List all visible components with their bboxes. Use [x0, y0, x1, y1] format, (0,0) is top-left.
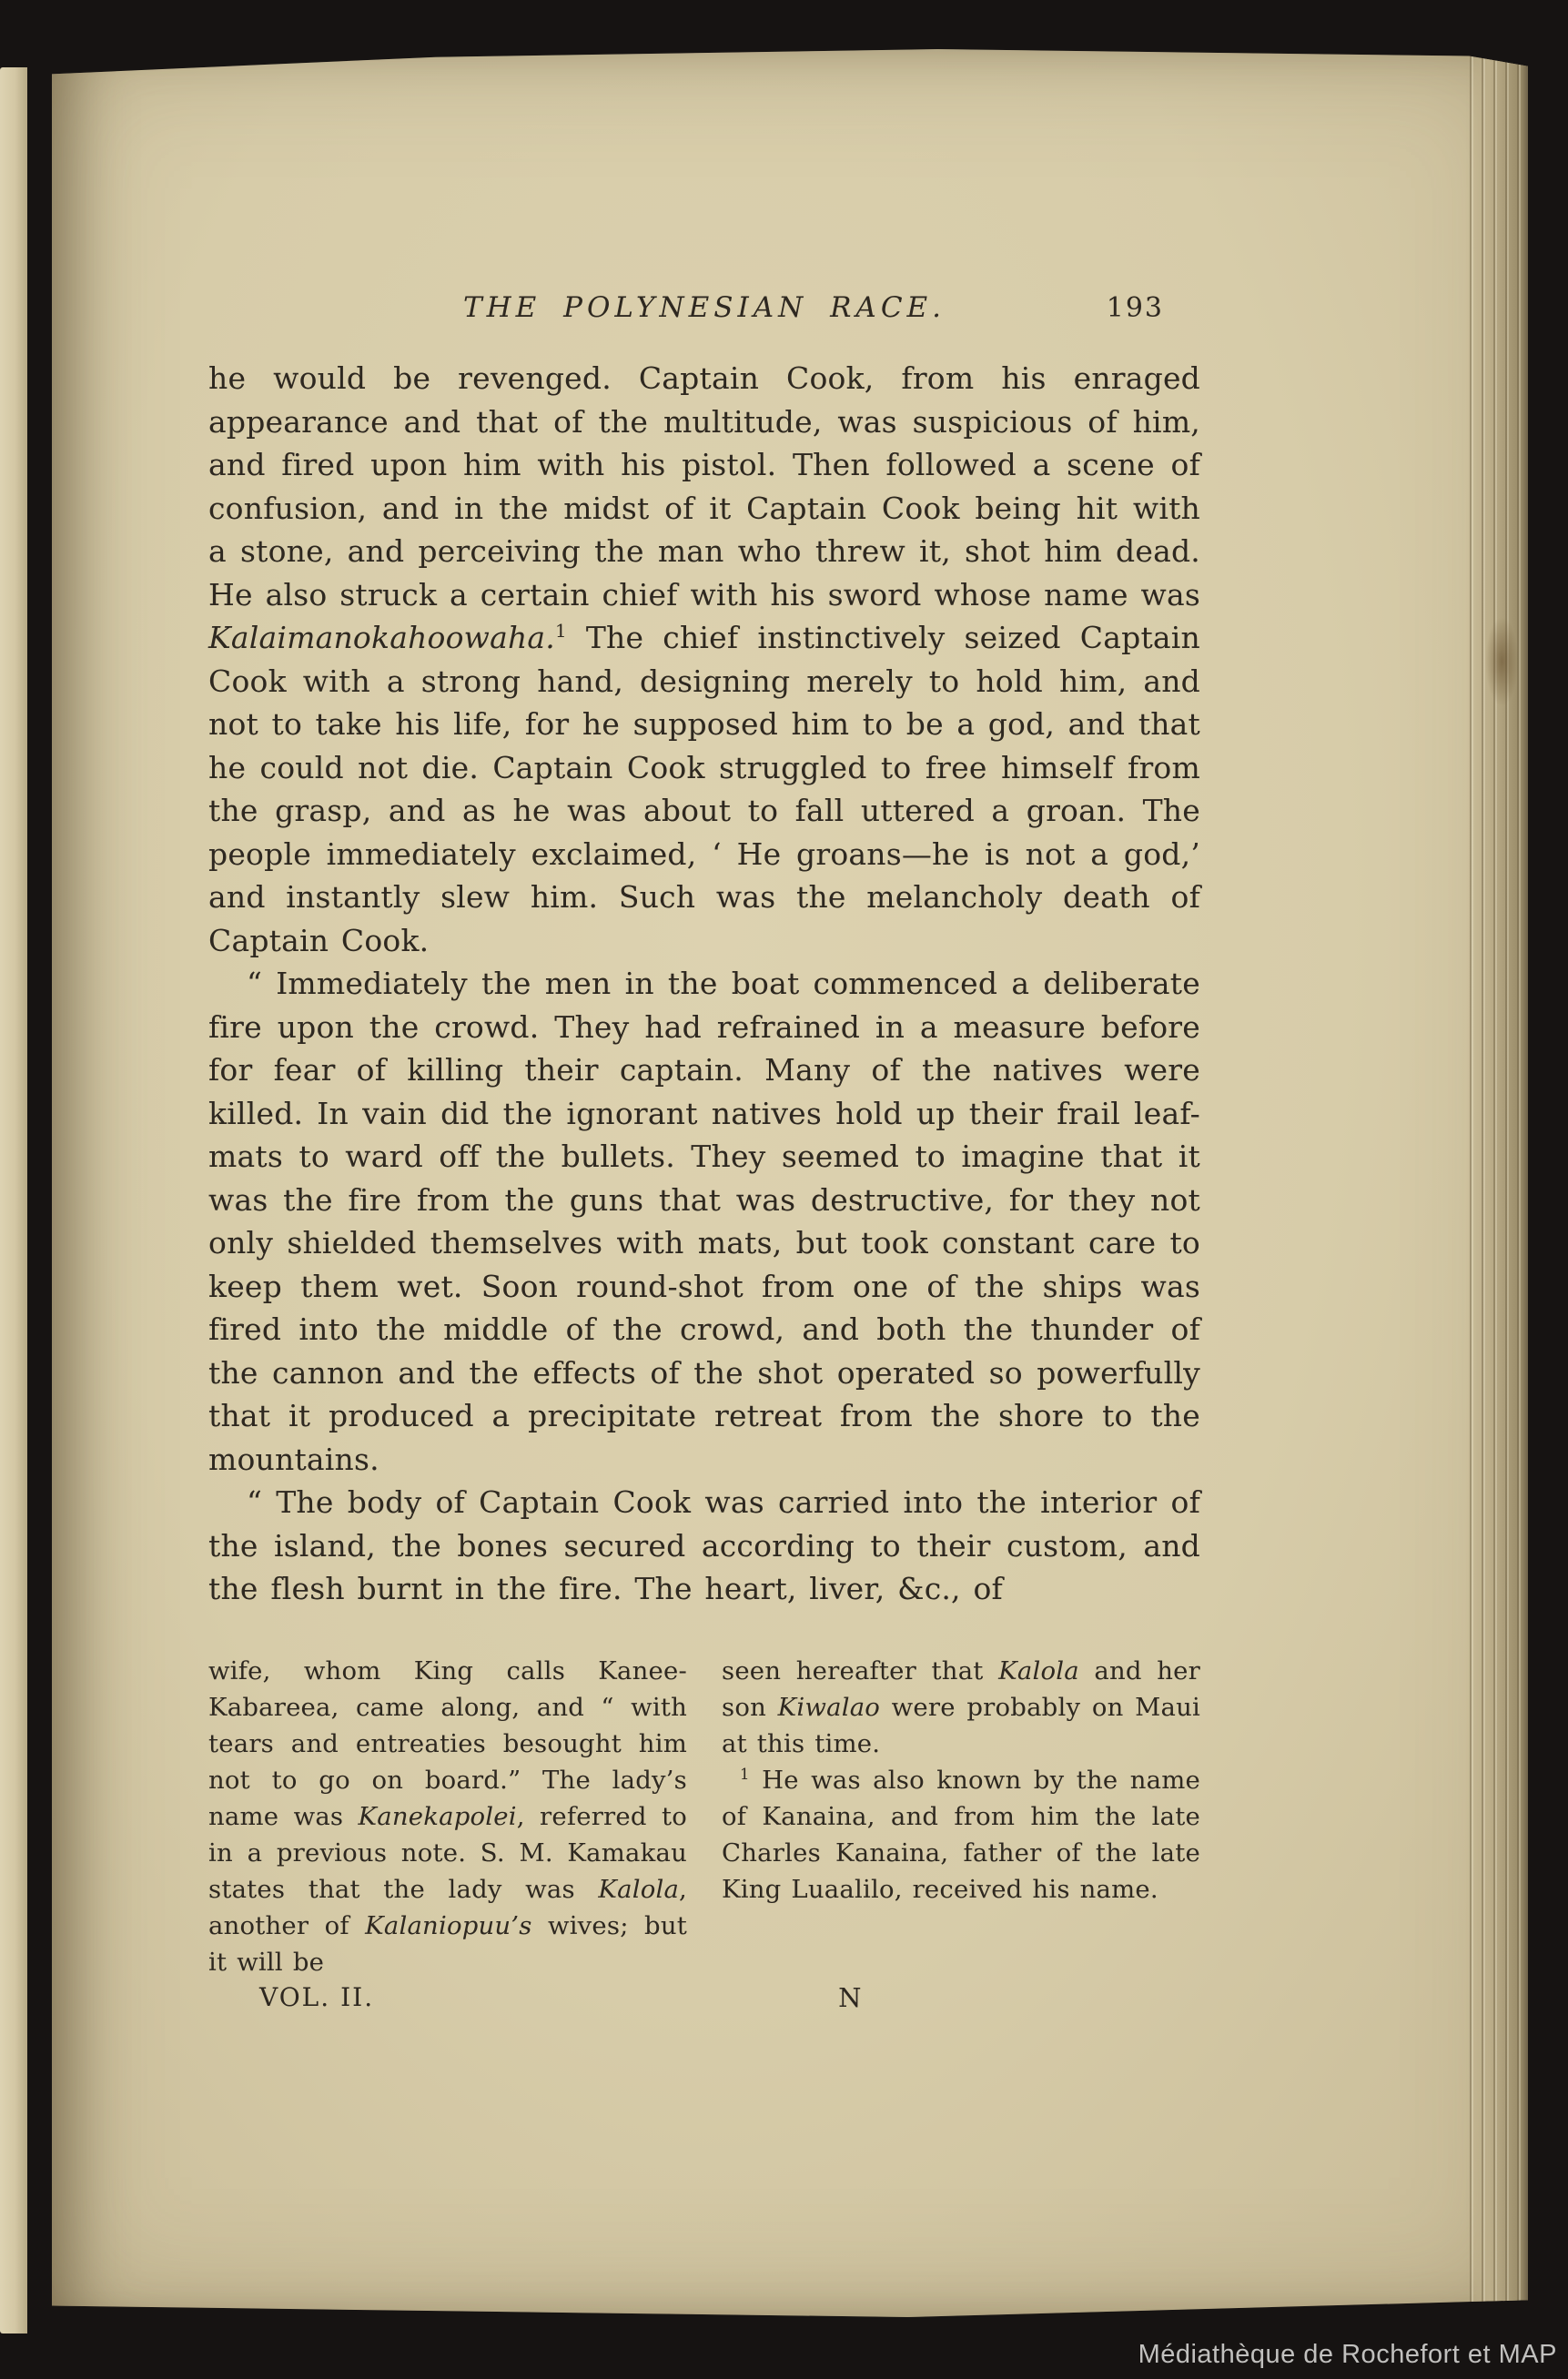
- library-watermark: Médiathèque de Rochefort et MAP: [1138, 2340, 1557, 2370]
- footnote-paragraph: wife, whom King calls Kanee-Kabareea, ca…: [208, 1653, 687, 1980]
- running-title: THE POLYNESIAN RACE.: [208, 291, 1200, 324]
- footnote-paragraph: 1 He was also known by the name of Kanai…: [722, 1762, 1200, 1908]
- page-content: THE POLYNESIAN RACE. 193 he would be rev…: [208, 49, 1200, 2022]
- page-header: THE POLYNESIAN RACE. 193: [208, 291, 1200, 331]
- body-paragraph-3: “ The body of Captain Cook was carried i…: [208, 1481, 1200, 1611]
- book-fore-edge-pages: [1466, 49, 1528, 2317]
- body-paragraph-2: “ Immediately the men in the boat commen…: [208, 962, 1200, 1481]
- previous-page-edge: [0, 67, 27, 2333]
- page-number: 193: [1107, 292, 1164, 324]
- body-paragraph-1: he would be revenged. Captain Cook, from…: [208, 357, 1200, 962]
- footnote-paragraph: seen hereafter that Kalola and her son K…: [722, 1653, 1200, 1762]
- book-page: THE POLYNESIAN RACE. 193 he would be rev…: [52, 49, 1528, 2317]
- footnote-column-left: wife, whom King calls Kanee-Kabareea, ca…: [208, 1653, 687, 1980]
- footnotes: wife, whom King calls Kanee-Kabareea, ca…: [208, 1653, 1200, 1980]
- volume-label: VOL. II.: [259, 1982, 374, 2012]
- body-text: he would be revenged. Captain Cook, from…: [208, 357, 1200, 1611]
- page-footer: VOL. II. N: [208, 1982, 1200, 2022]
- signature-mark: N: [838, 1982, 861, 2013]
- scanned-book-photo: THE POLYNESIAN RACE. 193 he would be rev…: [0, 0, 1568, 2379]
- footnote-column-right: seen hereafter that Kalola and her son K…: [722, 1653, 1200, 1980]
